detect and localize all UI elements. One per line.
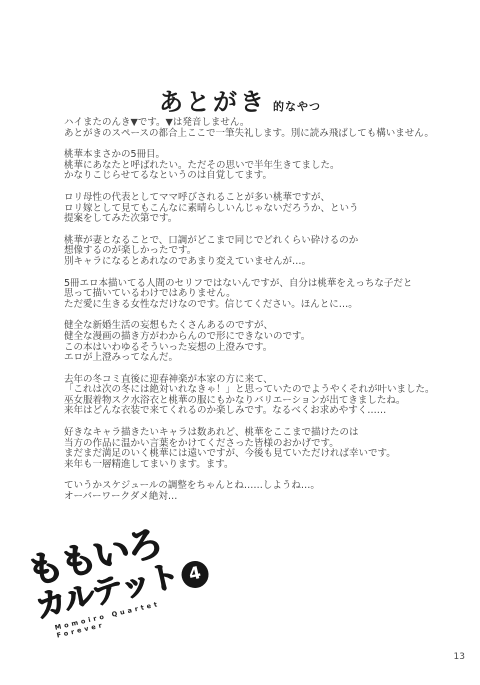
body-line: 来年も一層精進してまいります。ます。: [64, 460, 464, 471]
body-line: オーバーワークダメ絶対…: [64, 492, 464, 503]
title-suffix-text: 的なやつ: [273, 100, 321, 113]
paragraph: ロリ母性の代表としてママ呼びされることが多い桃華ですが、ロリ嫁として見てもこんな…: [64, 193, 464, 225]
body-line: 健全な漫画の描き方がわからんので形にできないのです。: [64, 332, 464, 343]
paragraph: 5冊エロ本描いてる人間のセリフではないんですが、自分は桃華をえっちな子だと思って…: [64, 279, 464, 311]
body-line: あとがきのスペースの都合上ここで一筆失礼します。別に読み飛ばしても構いません。: [64, 129, 464, 140]
body-line: 別キャラになるとあれなのであまり変えていませんが…。: [64, 257, 464, 268]
paragraph: 桃華本まさかの5冊目。桃華にあなたと呼ばれたい。ただその思いで半年生きてました。…: [64, 150, 464, 182]
body-line: 来年はどんな衣装で来てくれるのか楽しみです。なるべくお求めやすく……: [64, 406, 464, 417]
paragraph: ていうかスケジュールの調整をちゃんとね……しようね…。オーバーワークダメ絶対…: [64, 481, 464, 502]
paragraph: 健全な新婚生活の妄想もたくさんあるのですが、健全な漫画の描き方がわからんので形に…: [64, 321, 464, 363]
page-number: 13: [454, 652, 465, 662]
body-line: かなりこじらせてるなというのは自覚してます。: [64, 171, 464, 182]
series-logo: ももいろ カルテット 4 Momoiro Quartet Forever: [24, 513, 229, 642]
paragraph: 好きなキャラ描きたいキャラは数あれど、桃華をここまで描けたのは当方の作品に温かい…: [64, 428, 464, 470]
title-text: あとがき: [159, 88, 267, 116]
volume-number-badge: 4: [179, 558, 211, 590]
page-title: あとがき的なやつ: [0, 82, 480, 117]
paragraph: 去年の冬コミ直後に迎春神楽が本家の方に来て、「これは次の冬には絶対いれなきゃ！」…: [64, 375, 464, 417]
paragraph: ハイまたのんき▼です。▼は発音しません。あとがきのスペースの都合上ここで一筆失礼…: [64, 118, 464, 139]
afterword-body: ハイまたのんき▼です。▼は発音しません。あとがきのスペースの都合上ここで一筆失礼…: [64, 118, 464, 514]
afterword-page: あとがき的なやつ ハイまたのんき▼です。▼は発音しません。あとがきのスペースの都…: [0, 0, 480, 685]
body-line: ただ愛に生きる女性なだけなのです。信じてください。ほんとに…。: [64, 300, 464, 311]
body-line: エロが上澄みってなんだ。: [64, 353, 464, 364]
body-line: 提案をしてみた次第です。: [64, 214, 464, 225]
paragraph: 桃華が妻となることで、口調がどこまで同じでどれくらい砕けるのか想像するのが楽しか…: [64, 236, 464, 268]
body-line: ハイまたのんき▼です。▼は発音しません。: [64, 118, 464, 129]
body-line: ロリ母性の代表としてママ呼びされることが多い桃華ですが、: [64, 193, 464, 204]
